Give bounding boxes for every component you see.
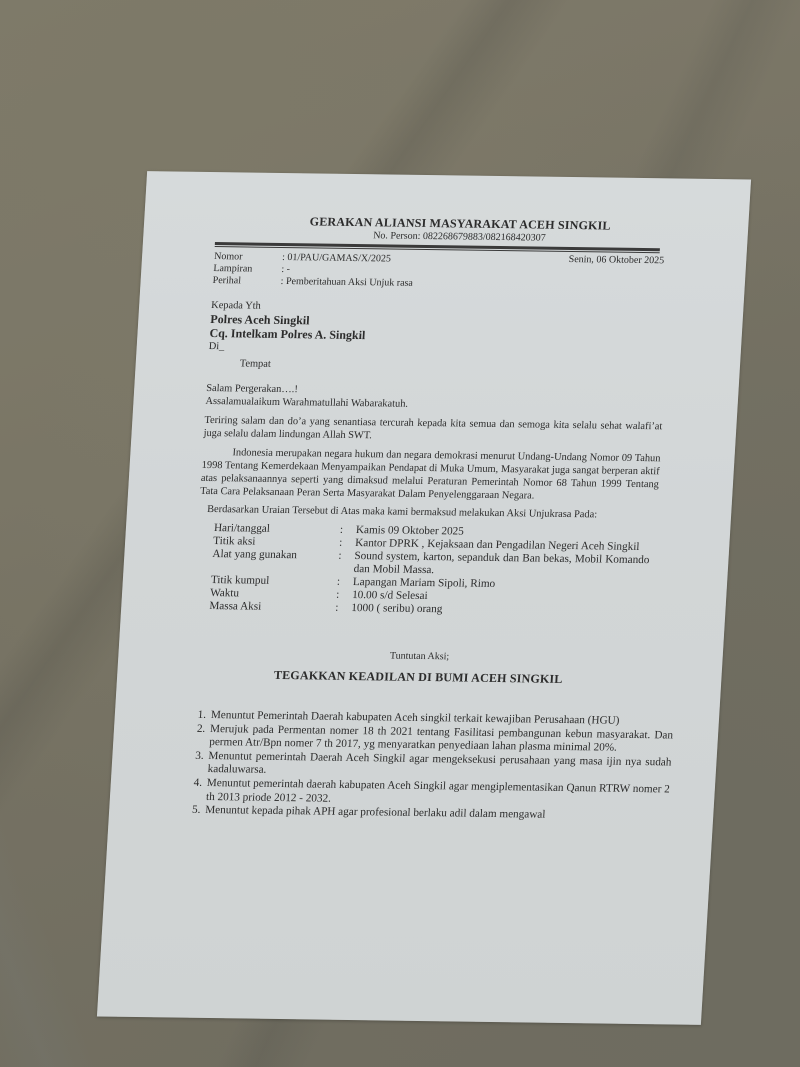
paragraph-intent: Berdasarkan Uraian Tersebut di Atas maka… [207,503,658,522]
demands-title: TEGAKKAN KEADILAN DI BUMI ACEH SINGKIL [189,668,648,687]
detail-value: Sound system, karton, sepanduk dan Ban b… [353,550,650,580]
action-details: Hari/tanggal : Kamis 09 Oktober 2025 Tit… [209,522,656,619]
recipient-block: Kepada Yth Polres Aceh Singkil Cq. Intel… [207,299,669,376]
letter-paper: GERAKAN ALIANSI MASYARAKAT ACEH SINGKIL … [97,171,751,1025]
demands-list: Menuntut Pemerintah Daerah kabupaten Ace… [181,709,674,824]
detail-colon: : [340,524,357,537]
detail-label: Alat yang gunakan [211,548,339,576]
recipient-place: Tempat [239,357,666,376]
letter-content: GERAKAN ALIANSI MASYARAKAT ACEH SINGKIL … [181,214,675,824]
detail-value: 1000 ( seribu) orang [351,602,647,619]
detail-colon: : [336,576,353,589]
letter-meta: Senin, 06 Oktober 2025 Nomor : 01/PAU/GA… [212,251,672,293]
meta-value: : 01/PAU/GAMAS/X/2025 [282,252,392,266]
meta-label: Lampiran [213,263,282,276]
paragraph-opening: Teriring salam dan do’a yang senantiasa … [203,414,662,446]
detail-colon: : [337,550,355,576]
letter-date: Senin, 06 Oktober 2025 [568,253,664,267]
meta-label: Nomor [214,251,283,264]
meta-value: : - [281,264,290,276]
meta-label: Perihal [212,275,281,288]
detail-colon: : [339,537,356,550]
detail-colon: : [336,589,353,602]
meta-value: : Pemberitahuan Aksi Unjuk rasa [280,276,413,290]
detail-colon: : [335,602,352,615]
demands-label: Tuntutan Aksi; [190,647,649,666]
greeting: Salam Pergerakan….! Assalamualaikum Wara… [205,382,664,414]
paragraph-legal-basis: Indonesia merupakan negara hukum dan neg… [200,446,661,504]
detail-label: Massa Aksi [209,600,336,615]
